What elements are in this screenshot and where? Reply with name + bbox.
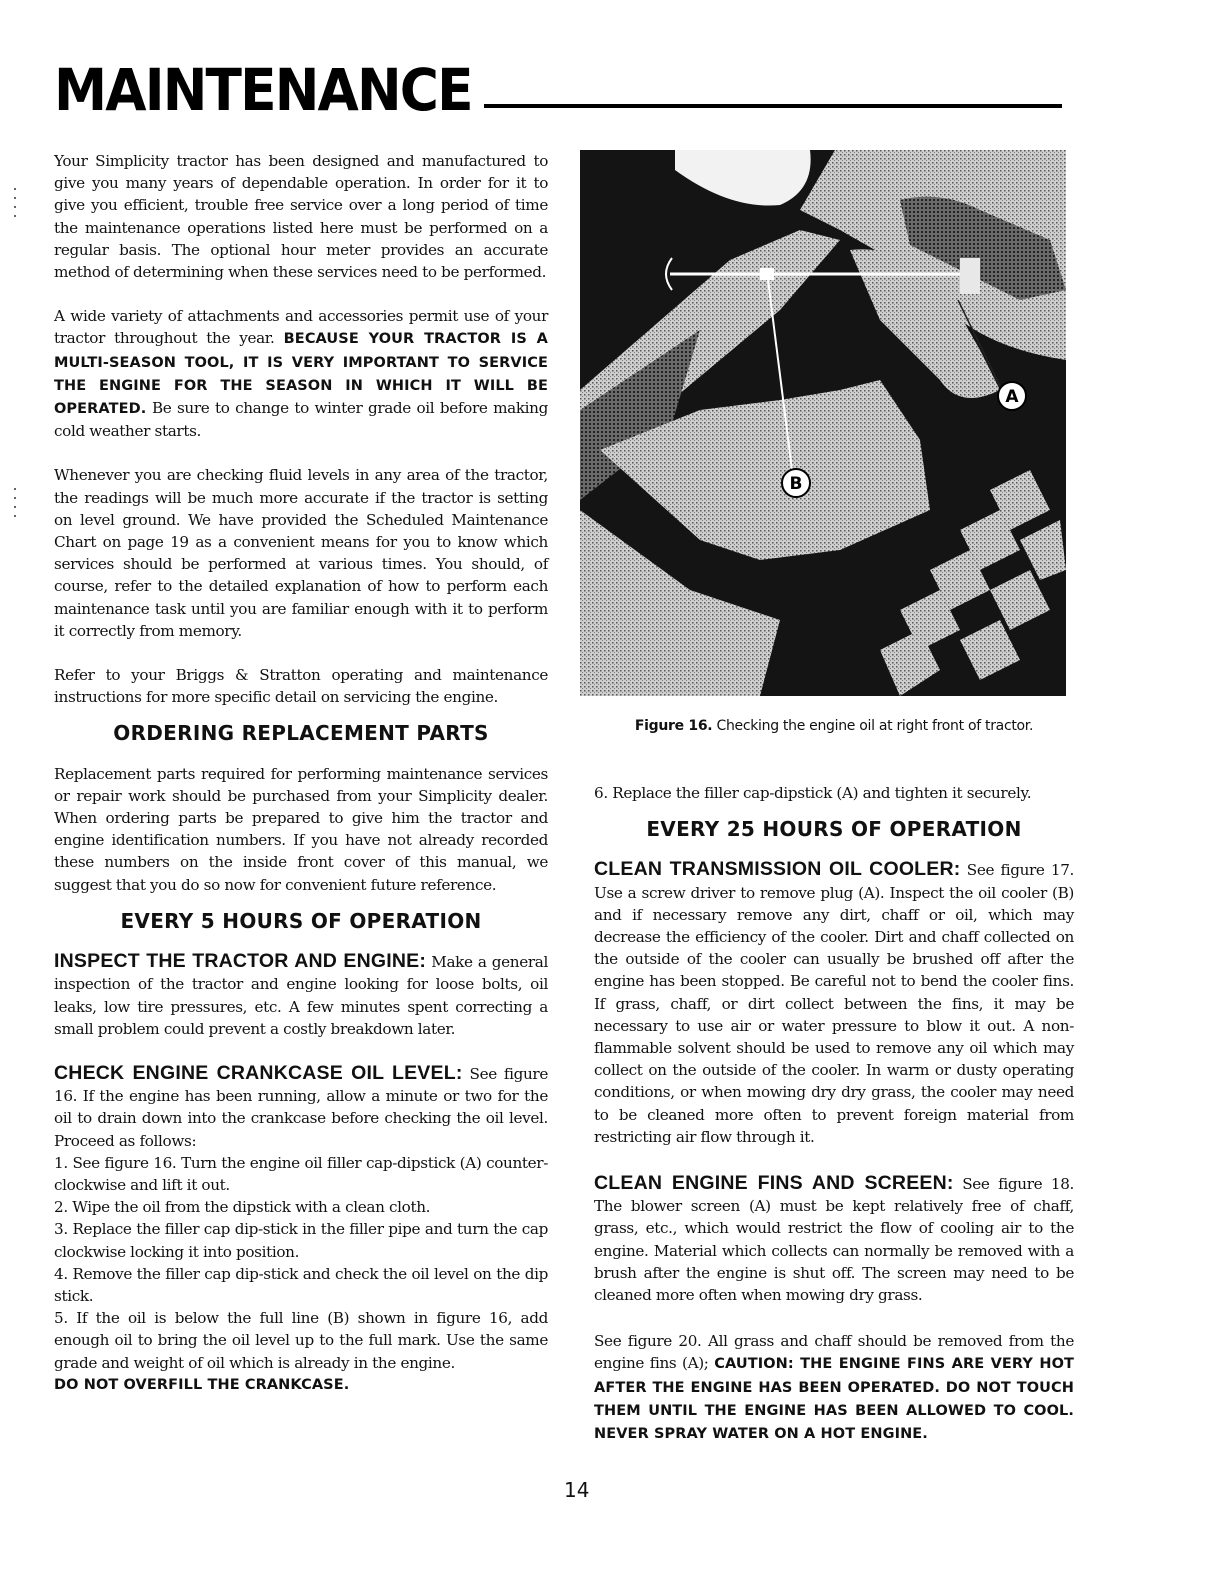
transmission-cooler-section: CLEAN TRANSMISSION OIL COOLER: See figur… xyxy=(594,858,1074,1148)
fluid-levels-paragraph: Whenever you are checking fluid levels i… xyxy=(54,464,548,642)
oil-step-2: 2. Wipe the oil from the dipstick with a… xyxy=(54,1196,548,1218)
every-25-hours-heading: EVERY 25 HOURS OF OPERATION xyxy=(594,818,1074,840)
oil-check-steps: 1. See figure 16. Turn the engine oil fi… xyxy=(54,1152,548,1374)
oil-step-3: 3. Replace the filler cap dip-stick in t… xyxy=(54,1218,548,1262)
transmission-cooler-text: See figure 17. Use a screw driver to rem… xyxy=(594,861,1074,1145)
transmission-cooler-title: CLEAN TRANSMISSION OIL COOLER: xyxy=(594,858,960,880)
ordering-parts-text: Replacement parts required for performin… xyxy=(54,763,548,896)
left-column: Your Simplicity tractor has been designe… xyxy=(54,150,548,1396)
svg-text:A: A xyxy=(1005,387,1019,407)
intro-paragraph: Your Simplicity tractor has been designe… xyxy=(54,150,548,283)
callout-b: B xyxy=(782,469,810,497)
svg-text:B: B xyxy=(790,474,803,494)
caption-label: Figure 16. xyxy=(635,718,712,734)
callout-a: A xyxy=(998,382,1026,410)
inspect-section: INSPECT THE TRACTOR AND ENGINE: Make a g… xyxy=(54,950,548,1040)
overfill-warning: DO NOT OVERFILL THE CRANKCASE. xyxy=(54,1374,548,1396)
caption-text: Checking the engine oil at right front o… xyxy=(716,718,1033,734)
attachments-paragraph: A wide variety of attachments and access… xyxy=(54,305,548,442)
title-rule xyxy=(484,104,1062,108)
oil-step-4: 4. Remove the filler cap dip-stick and c… xyxy=(54,1263,548,1307)
inspect-title: INSPECT THE TRACTOR AND ENGINE: xyxy=(54,950,426,972)
oil-step-1: 1. See figure 16. Turn the engine oil fi… xyxy=(54,1152,548,1196)
oil-step-5: 5. If the oil is below the full line (B)… xyxy=(54,1307,548,1374)
briggs-stratton-paragraph: Refer to your Briggs & Stratton operatin… xyxy=(54,664,548,708)
fins-caution-section: See figure 20. All grass and chaff shoul… xyxy=(594,1330,1074,1445)
page-title: MAINTENANCE xyxy=(54,58,472,122)
page-number: 14 xyxy=(564,1478,589,1502)
figure-16-photo: A B xyxy=(580,150,1066,696)
engine-fins-section: CLEAN ENGINE FINS AND SCREEN: See figure… xyxy=(594,1172,1074,1306)
check-oil-section: CHECK ENGINE CRANKCASE OIL LEVEL: See fi… xyxy=(54,1062,548,1396)
margin-punch-marks-top xyxy=(14,188,16,220)
engine-fins-text: See figure 18. The blower screen (A) mus… xyxy=(594,1175,1074,1304)
check-oil-intro: CHECK ENGINE CRANKCASE OIL LEVEL: See fi… xyxy=(54,1062,548,1152)
right-column: 6. Replace the filler cap-dipstick (A) a… xyxy=(594,782,1074,1467)
engine-fins-title: CLEAN ENGINE FINS AND SCREEN: xyxy=(594,1172,954,1194)
check-oil-title: CHECK ENGINE CRANKCASE OIL LEVEL: xyxy=(54,1062,463,1084)
ordering-parts-heading: ORDERING REPLACEMENT PARTS xyxy=(54,722,548,744)
figure-16-caption: Figure 16. Checking the engine oil at ri… xyxy=(594,718,1074,734)
engine-oil-dipstick-illustration: A B xyxy=(580,150,1066,696)
every-5-hours-heading: EVERY 5 HOURS OF OPERATION xyxy=(54,910,548,932)
margin-punch-marks-middle xyxy=(14,488,16,520)
oil-step-6: 6. Replace the filler cap-dipstick (A) a… xyxy=(594,782,1074,804)
